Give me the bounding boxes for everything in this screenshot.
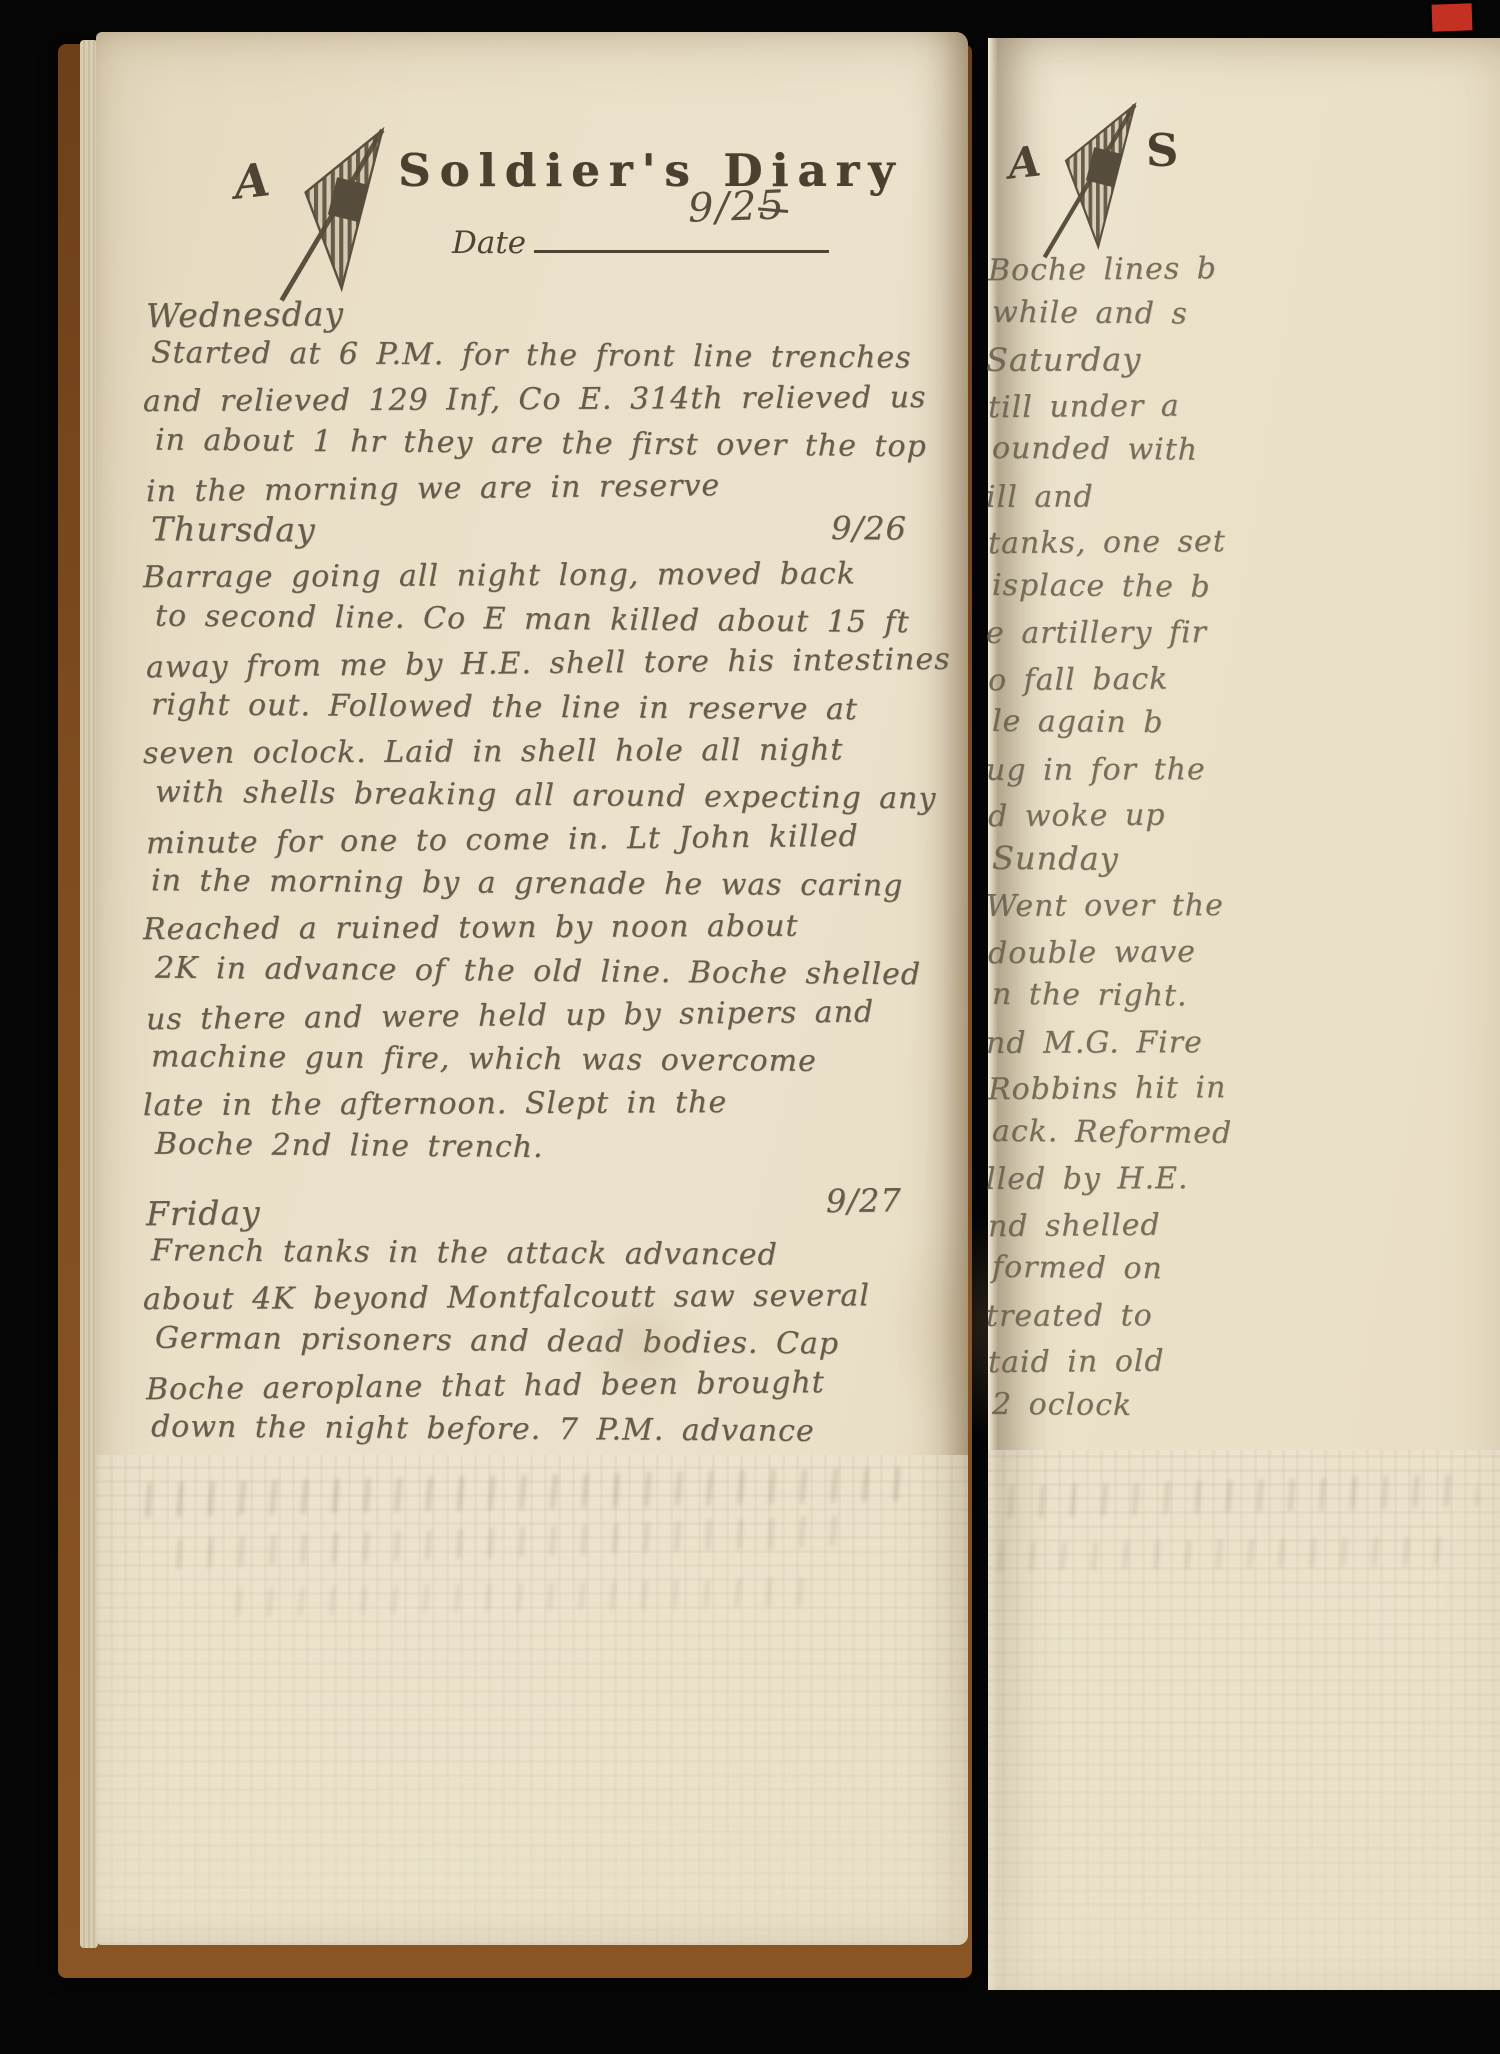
- diary-line: minute for one to come in. Lt John kille…: [146, 814, 951, 866]
- diary-left-page: A Soldier's Diary 9/25 Date Wednesday: [96, 32, 968, 1945]
- diary-line: right out. Followed the line in reserve …: [151, 683, 956, 733]
- diary-line: Started at 6 P.M. for the front line tre…: [151, 331, 956, 381]
- diary-line-fragment: formed on: [992, 1245, 1500, 1295]
- diary-line: seven oclock. Laid in shell hole all nig…: [143, 728, 948, 776]
- entry-day: Thursday 9/26: [151, 507, 956, 557]
- diary-line: Boche 2nd line trench.: [155, 1123, 960, 1174]
- header-prefix-a: A: [231, 152, 272, 209]
- diary-line-fragment: nd M.G. Fire: [986, 1019, 1494, 1066]
- page-title: Soldier's Diary: [398, 144, 903, 197]
- diary-line: machine gun fire, which was overcome: [151, 1035, 956, 1085]
- diary-line: about 4K beyond Montfalcoutt saw several: [143, 1274, 948, 1322]
- page-title-partial: S: [1146, 124, 1179, 177]
- diary-line-fragment: ug in for the: [986, 746, 1494, 793]
- pixelated-region: [988, 1450, 1500, 1990]
- diary-line-fragment: Robbins hit in: [988, 1063, 1496, 1113]
- faded-scribble: [226, 1578, 816, 1616]
- diary-line: away from me by H.E. shell tore his inte…: [146, 638, 951, 690]
- date-underline: [534, 224, 829, 253]
- handwriting-block: Boche lines b while and s Saturday till …: [996, 246, 1496, 1429]
- faded-scribble: [988, 1537, 1448, 1571]
- red-tab: [1432, 3, 1473, 31]
- date-label: Date: [452, 225, 526, 261]
- diary-line-fragment: le again b: [992, 699, 1500, 749]
- entry-day-label: Thursday: [151, 509, 316, 549]
- diary-line-fragment: Boche lines b: [988, 244, 1496, 294]
- diary-line: to second line. Co E man killed about 15…: [155, 595, 960, 646]
- stain: [566, 1297, 716, 1392]
- diary-line: 2K in advance of the old line. Boche she…: [155, 947, 960, 998]
- entry-day-label: Wednesday: [146, 294, 344, 335]
- diary-line: Boche aeroplane that had been brought: [146, 1360, 951, 1412]
- entry-day-label: Friday: [146, 1193, 261, 1233]
- diary-line-fragment: nd shelled: [988, 1199, 1496, 1249]
- diary-line: with shells breaking all around expectin…: [155, 771, 960, 822]
- diary-line-fragment: while and s: [992, 289, 1500, 339]
- entry-day: Friday 9/27: [146, 1184, 951, 1236]
- diary-line-fragment: ill and: [986, 473, 1494, 520]
- entry-date: 9/27: [826, 1178, 902, 1223]
- flag-icon: [272, 116, 404, 312]
- entry-date: 9/26: [831, 506, 907, 551]
- diary-line-fragment: n the right.: [992, 972, 1500, 1022]
- entry-day-label: Saturday: [986, 336, 1494, 383]
- diary-line-fragment: lled by H.E.: [986, 1155, 1494, 1202]
- diary-line-fragment: Went over the: [986, 882, 1494, 929]
- diary-photo: A Soldier's Diary 9/25 Date Wednesday: [0, 0, 1500, 2054]
- diary-line: late in the afternoon. Slept in the: [143, 1080, 948, 1128]
- diary-line-fragment: till under a: [988, 380, 1496, 430]
- flag-icon: [1036, 90, 1154, 270]
- diary-line: Reached a ruined town by noon about: [143, 904, 948, 952]
- diary-line-fragment: ounded with: [992, 426, 1500, 476]
- faded-scribble: [998, 1474, 1479, 1519]
- diary-line-fragment: tanks, one set: [988, 517, 1496, 567]
- diary-line-fragment: ack. Reformed: [992, 1108, 1500, 1158]
- diary-line: Barrage going all night long, moved back: [143, 552, 948, 600]
- diary-line-fragment: d woke up: [988, 790, 1496, 840]
- diary-line-fragment: double wave: [988, 926, 1496, 976]
- diary-line: French tanks in the attack advanced: [151, 1229, 956, 1279]
- entry-day: Wednesday: [146, 286, 951, 338]
- date-line: Date: [452, 224, 829, 261]
- pixelated-region: [96, 1455, 968, 1945]
- faded-scribble: [136, 1467, 907, 1517]
- diary-right-page: A S Boche lines b while and s Saturday t…: [988, 38, 1500, 1990]
- diary-line: and relieved 129 Inf, Co E. 314th reliev…: [143, 376, 948, 424]
- faded-scribble: [166, 1515, 857, 1569]
- diary-line: us there and were held up by snipers and: [146, 990, 951, 1042]
- diary-line-fragment: isplace the b: [992, 562, 1500, 612]
- entry-day-label: Sunday: [992, 835, 1500, 885]
- diary-line-fragment: 2 oclock: [992, 1381, 1500, 1431]
- diary-line: in about 1 hr they are the first over th…: [155, 419, 960, 470]
- diary-line-fragment: e artillery fir: [986, 609, 1494, 656]
- diary-line: down the night before. 7 P.M. advance: [151, 1405, 956, 1455]
- diary-line-fragment: taid in old: [988, 1336, 1496, 1386]
- diary-line-fragment: o fall back: [988, 653, 1496, 703]
- diary-line: in the morning by a grenade he was carin…: [151, 859, 956, 909]
- diary-line-fragment: treated to: [986, 1292, 1494, 1339]
- handwriting-block: Wednesday Started at 6 P.M. for the fron…: [146, 290, 951, 1452]
- diary-line: German prisoners and dead bodies. Cap: [155, 1317, 960, 1368]
